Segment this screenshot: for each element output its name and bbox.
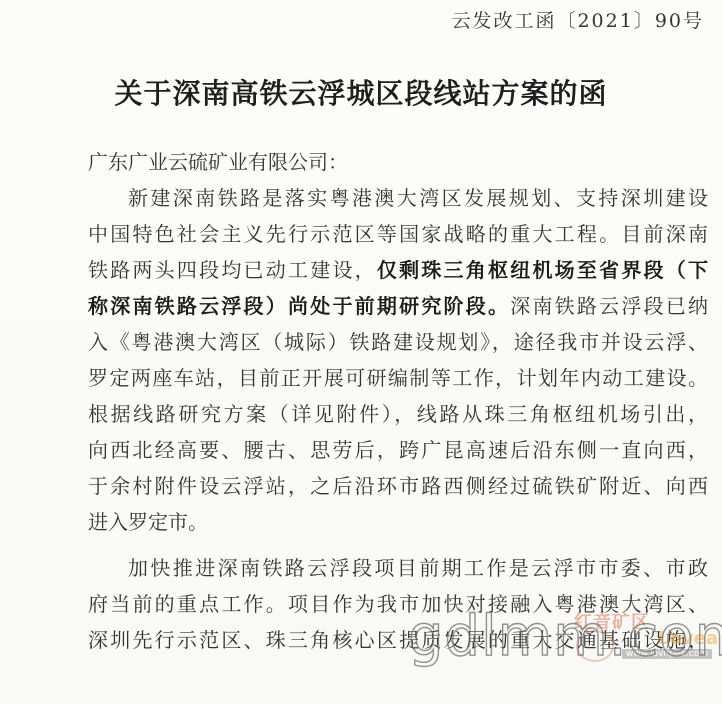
paragraph-gap xyxy=(88,540,708,550)
line-segment: 深南铁路云浮段已纳 xyxy=(510,294,708,318)
document-number: 云发改工函〔2021〕90号 xyxy=(451,6,704,33)
paragraph-1-line-3: 铁路两头四段均已动工建设，仅剩珠三角枢纽机场至省界段（下 xyxy=(88,252,708,288)
emphasized-text: 仅剩珠三角枢纽机场至省界段（下 xyxy=(377,258,708,282)
paragraph-1-line-9: 于余村附件设云浮站，之后沿环市路西侧经过硫铁矿附近、向西 xyxy=(88,468,708,504)
document-body: 广东广业云硫矿业有限公司： 新建深南铁路是落实粤港澳大湾区发展规划、支持深圳建设… xyxy=(88,144,708,658)
paragraph-1-line-2: 中国特色社会主义先行示范区等国家战略的重大工程。目前深南 xyxy=(88,216,708,252)
paragraph-1-line-1: 新建深南铁路是落实粤港澳大湾区发展规划、支持深圳建设 xyxy=(88,180,708,216)
paragraph-1-line-4: 称深南铁路云浮段）尚处于前期研究阶段。深南铁路云浮段已纳 xyxy=(88,288,708,324)
paragraph-1-line-5: 入《粤港澳大湾区（城际）铁路建设规划》，途径我市并设云浮、 xyxy=(88,324,708,360)
paragraph-2-line-3: 深圳先行示范区、珠三角核心区提质发展的重大交通基础设施， xyxy=(88,622,708,658)
paragraph-1-line-6: 罗定两座车站，目前正开展可研编制等工作，计划年内动工建设。 xyxy=(88,360,708,396)
document-title: 关于深南高铁云浮城区段线站方案的函 xyxy=(0,72,722,112)
scanned-page: 云发改工函〔2021〕90号 关于深南高铁云浮城区段线站方案的函 广东广业云硫矿… xyxy=(0,0,722,704)
paragraph-1-line-10: 进入罗定市。 xyxy=(88,504,708,540)
paragraph-1-line-7: 根据线路研究方案（详见附件），线路从珠三角枢纽机场引出， xyxy=(88,396,708,432)
paragraph-2-line-2: 府当前的重点工作。项目作为我市加快对接融入粤港澳大湾区、 xyxy=(88,586,708,622)
paragraph-1-line-8: 向西北经高要、腰古、思劳后，跨广昆高速后沿东侧一直向西， xyxy=(88,432,708,468)
paragraph-2-line-1: 加快推进深南铁路云浮段项目前期工作是云浮市市委、市政 xyxy=(88,550,708,586)
line-segment: 铁路两头四段均已动工建设， xyxy=(88,258,377,282)
emphasized-text: 称深南铁路云浮段）尚处于前期研究阶段。 xyxy=(88,294,510,318)
salutation: 广东广业云硫矿业有限公司： xyxy=(88,144,708,180)
